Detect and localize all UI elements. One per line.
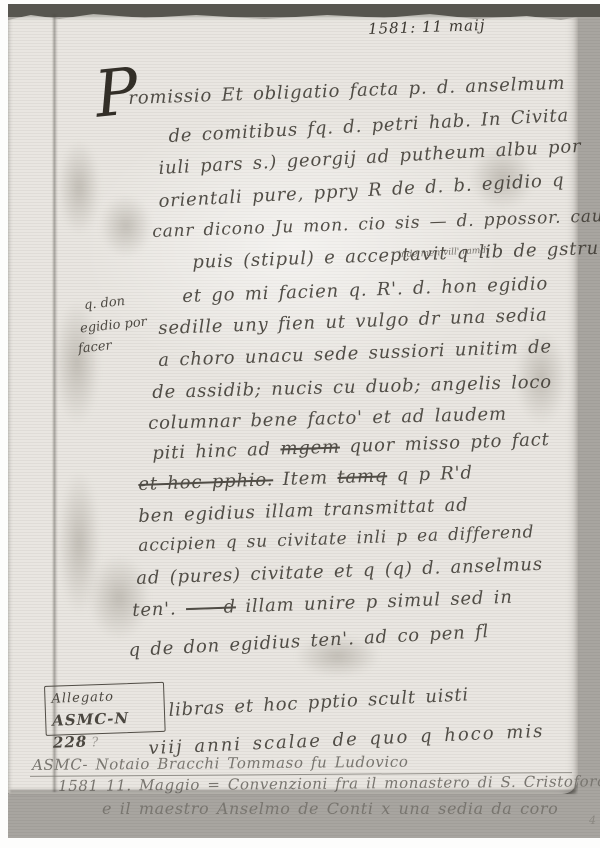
bleedthrough-stain [100, 195, 152, 257]
scan-margin-bottom [0, 838, 600, 848]
stamp-query-mark: ? [91, 735, 100, 750]
paper-fold-crease [52, 14, 58, 792]
stamp-number: ASMC-N 228? [52, 706, 160, 755]
line-segment: ten'. [132, 598, 186, 621]
scanned-manuscript-page: 1581: 11 maij P romissio Et obligatio fa… [0, 0, 600, 848]
line-segment-struck: mgem [280, 436, 340, 459]
page-bottom-edge-shadow [10, 790, 576, 795]
line-segment-struck: tamq [337, 465, 387, 488]
pencil-annotation-notary: ASMC- Notaio Bracchi Tommaso fu Ludovico [32, 753, 409, 774]
pencil-annotation-subject: e il maestro Anselmo de Conti x una sedi… [102, 799, 558, 818]
bleedthrough-stain [58, 140, 100, 235]
line-segment-struck: ——d [186, 596, 237, 619]
line-segment: piti hinc ad [152, 439, 281, 464]
archive-stamp-box: Allegato ASMC-N 228? [44, 682, 166, 736]
line-segment: Item [273, 467, 338, 490]
page-mark: 4 [589, 814, 596, 827]
bleedthrough-stain [54, 300, 100, 425]
line-segment: q p R'd [387, 462, 473, 486]
scan-margin-left [0, 0, 8, 848]
